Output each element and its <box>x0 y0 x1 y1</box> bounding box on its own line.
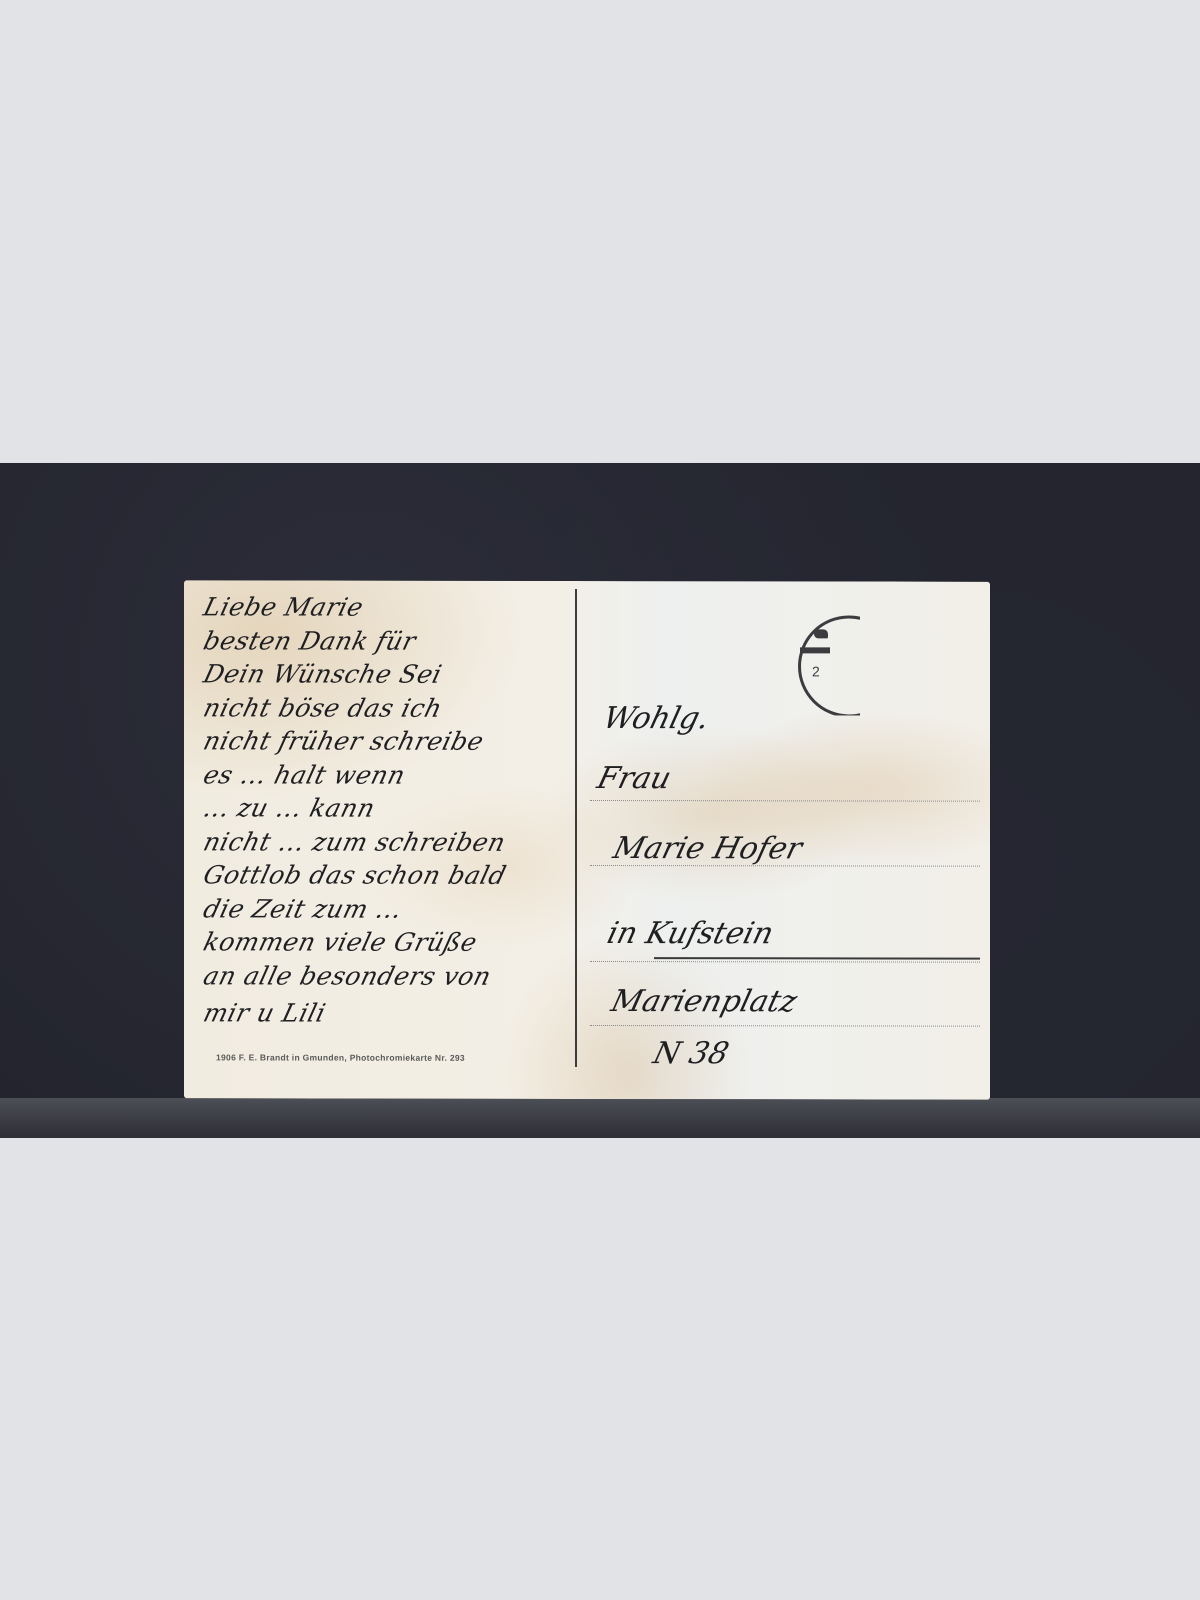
handwritten-message: Liebe Marie besten Dank für Dein Wünsche… <box>204 590 564 1030</box>
center-divider <box>575 589 577 1067</box>
message-line: nicht ... zum schreiben <box>200 825 568 859</box>
postmark-bar <box>800 647 830 653</box>
message-line: es ... halt wenn <box>200 758 568 792</box>
message-line: kommen viele Grüße <box>200 925 568 959</box>
address-name: Marie Hofer <box>610 831 806 866</box>
address-dotted-line <box>590 961 980 963</box>
address-city: in Kufstein <box>604 916 777 951</box>
postmark-stamp: 2 <box>790 611 860 715</box>
message-line: die Zeit zum ... <box>200 892 568 926</box>
address-solid-line <box>654 957 980 960</box>
message-line: nicht früher schreibe <box>200 724 568 758</box>
address-dotted-line <box>590 1025 980 1027</box>
message-line: besten Dank für <box>200 624 568 658</box>
postmark-ring <box>798 615 860 715</box>
message-line: ... zu ... kann <box>200 791 568 825</box>
address-street: Marienplatz <box>608 984 801 1019</box>
postmark-emblem-icon <box>814 629 828 638</box>
message-line: Dein Wünsche Sei <box>200 657 568 691</box>
postmark-date: 2 <box>812 663 820 679</box>
message-line: nicht böse das ich <box>200 691 568 725</box>
publisher-imprint: 1906 F. E. Brandt in Gmunden, Photochrom… <box>216 1052 465 1062</box>
address-salutation: Wohlg. <box>600 701 713 736</box>
address-dotted-line <box>590 800 980 802</box>
message-line: mir u Lili <box>200 996 568 1030</box>
display-shelf <box>0 1098 1200 1138</box>
address-number: N 38 <box>650 1036 733 1071</box>
postcard: Liebe Marie besten Dank für Dein Wünsche… <box>184 580 990 1099</box>
message-line: an alle besonders von <box>200 959 568 993</box>
message-line: Gottlob das schon bald <box>200 858 568 892</box>
message-line: Liebe Marie <box>200 590 568 624</box>
postcard-photo: Liebe Marie besten Dank für Dein Wünsche… <box>0 463 1200 1138</box>
address-title: Frau <box>594 761 675 796</box>
